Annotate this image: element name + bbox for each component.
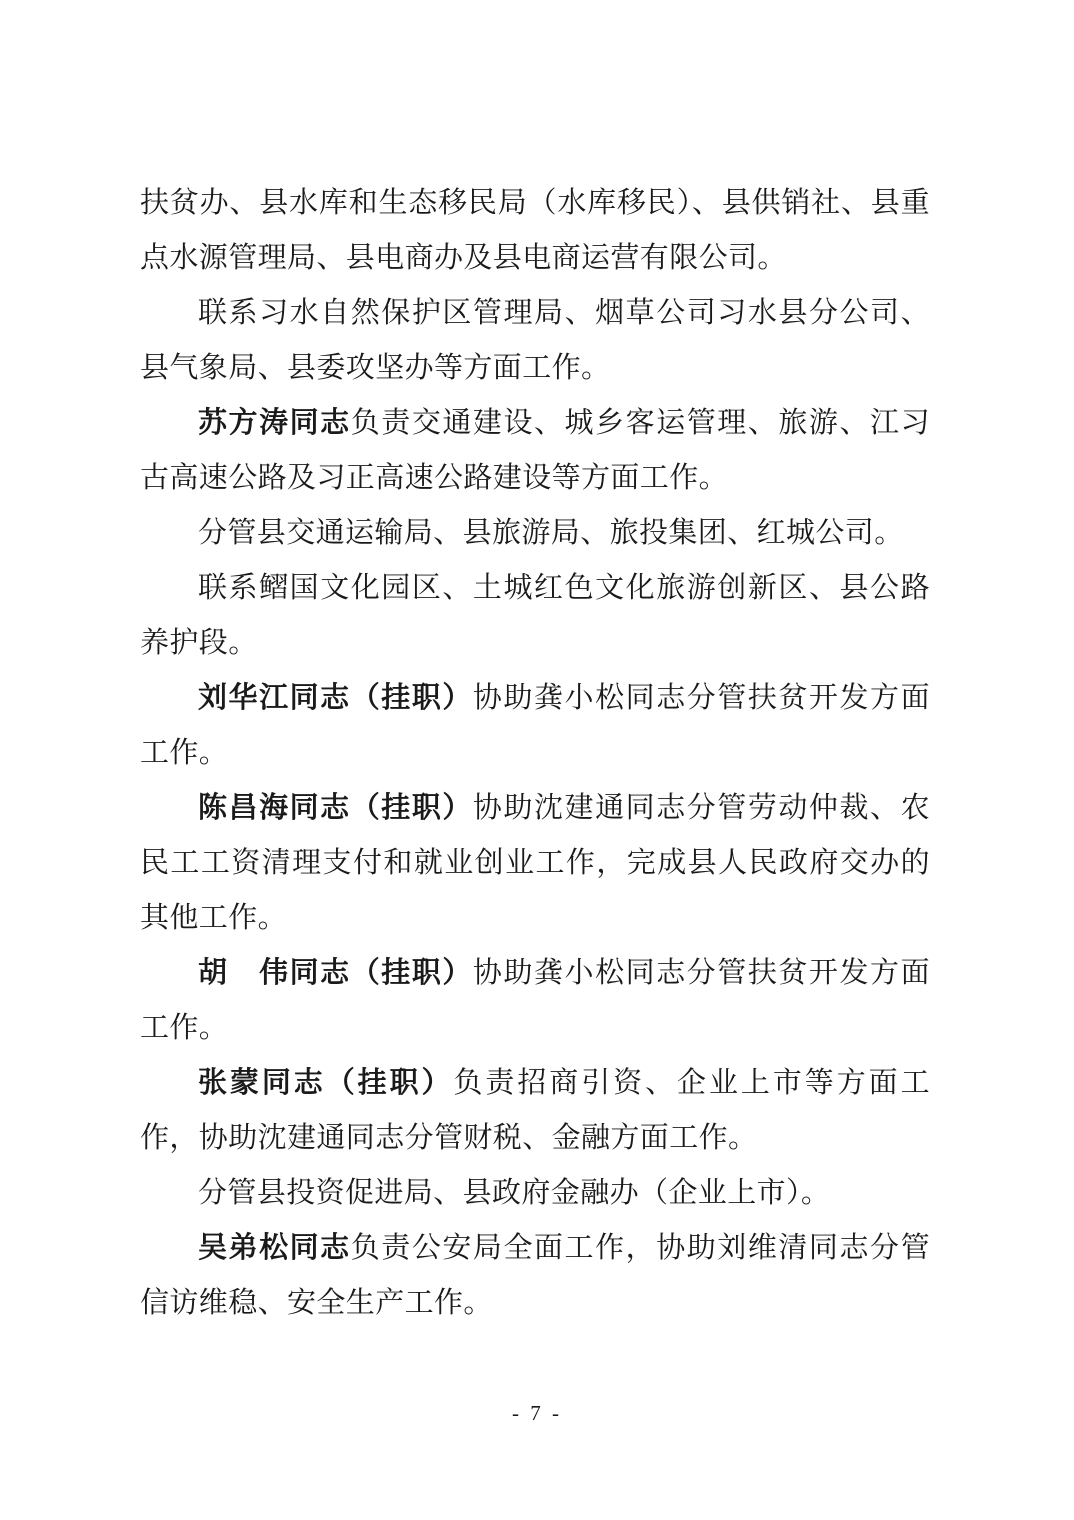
paragraph: 分管县交通运输局、县旅游局、旅投集团、红城公司。 (140, 506, 930, 561)
paragraph: 苏方涛同志负责交通建设、城乡客运管理、旅游、江习古高速公路及习正高速公路建设等方… (140, 396, 930, 506)
page-number: - 7 - (0, 1398, 1074, 1428)
official-name: 张蒙同志（挂职） (198, 1067, 453, 1099)
paragraph-text: 分管县投资促进局、县政府金融办（企业上市）。 (198, 1177, 830, 1209)
paragraph: 刘华江同志（挂职）协助龚小松同志分管扶贫开发方面工作。 (140, 671, 930, 781)
document-page: 扶贫办、县水库和生态移民局（水库移民）、县供销社、县重点水源管理局、县电商办及县… (0, 0, 1074, 1520)
paragraph-text: 分管县交通运输局、县旅游局、旅投集团、红城公司。 (198, 517, 904, 549)
paragraph: 联系鳛国文化园区、土城红色文化旅游创新区、县公路养护段。 (140, 561, 930, 671)
paragraph: 分管县投资促进局、县政府金融办（企业上市）。 (140, 1166, 930, 1221)
official-name: 刘华江同志（挂职） (198, 682, 473, 714)
paragraph: 吴弟松同志负责公安局全面工作，协助刘维清同志分管信访维稳、安全生产工作。 (140, 1221, 930, 1331)
paragraph: 胡 伟同志（挂职）协助龚小松同志分管扶贫开发方面工作。 (140, 946, 930, 1056)
paragraph: 张蒙同志（挂职）负责招商引资、企业上市等方面工作，协助沈建通同志分管财税、金融方… (140, 1056, 930, 1166)
official-name: 陈昌海同志（挂职） (198, 792, 473, 824)
official-name: 吴弟松同志 (198, 1232, 351, 1264)
paragraph: 联系习水自然保护区管理局、烟草公司习水县分公司、县气象局、县委攻坚办等方面工作。 (140, 286, 930, 396)
paragraph: 扶贫办、县水库和生态移民局（水库移民）、县供销社、县重点水源管理局、县电商办及县… (140, 176, 930, 286)
paragraph: 陈昌海同志（挂职）协助沈建通同志分管劳动仲裁、农民工工资清理支付和就业创业工作，… (140, 781, 930, 946)
paragraph-text: 联系习水自然保护区管理局、烟草公司习水县分公司、县气象局、县委攻坚办等方面工作。 (140, 297, 930, 384)
official-name: 苏方涛同志 (198, 407, 351, 439)
document-body: 扶贫办、县水库和生态移民局（水库移民）、县供销社、县重点水源管理局、县电商办及县… (140, 176, 930, 1331)
paragraph-text: 扶贫办、县水库和生态移民局（水库移民）、县供销社、县重点水源管理局、县电商办及县… (140, 187, 930, 274)
paragraph-text: 联系鳛国文化园区、土城红色文化旅游创新区、县公路养护段。 (140, 572, 930, 659)
official-name: 胡 伟同志（挂职） (198, 957, 473, 989)
